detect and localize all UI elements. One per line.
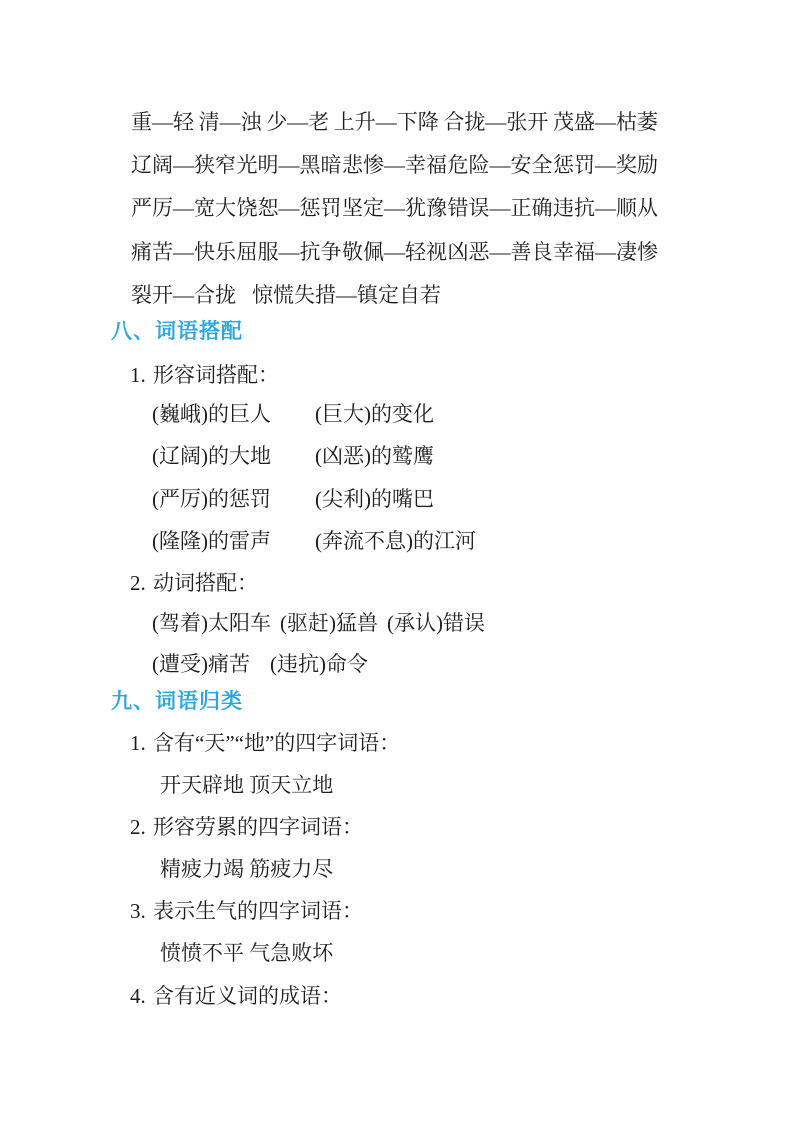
antonym-pair: 清—浊	[199, 110, 262, 134]
collocation-cell: (隆隆)的雷声	[152, 529, 315, 553]
list-item-tian-di-words: 1.含有“天”“地”的四字词语：	[130, 731, 400, 755]
list-item-tired-words: 2.形容劳累的四字词语：	[130, 815, 363, 839]
antonym-pair: 惩罚—奖励	[553, 153, 658, 177]
adjective-collocation-row: (严厉)的惩罚(尖利)的嘴巴	[152, 487, 434, 511]
antonym-pair: 坚定—犹豫	[342, 196, 447, 220]
antonym-line: 裂开—合拢 惊慌失措—镇定自若	[131, 283, 441, 307]
list-item-label: 含有近义词的成语：	[153, 984, 342, 1008]
antonym-line: 严厉—宽大 饶恕—惩罚 坚定—犹豫 错误—正确 违抗—顺从	[131, 196, 658, 220]
collocation-cell: (凶恶)的鹫鹰	[315, 444, 434, 468]
antonym-line: 重—轻 清—浊 少—老 上升—下降 合拢—张开 茂盛—枯萎	[131, 110, 658, 134]
collocation-cell: (巍峨)的巨人	[152, 402, 315, 426]
answer-line: 精疲力竭 筋疲力尽	[160, 857, 333, 881]
list-item-number: 4.	[130, 984, 153, 1008]
answer-line: 愤愤不平 气急败坏	[160, 941, 333, 965]
adjective-collocation-row: (巍峨)的巨人(巨大)的变化	[152, 402, 434, 426]
antonym-pair: 痛苦—快乐	[131, 240, 236, 264]
antonym-pair: 茂盛—枯萎	[553, 110, 658, 134]
list-item-number: 1.	[130, 363, 153, 387]
antonym-pair: 敬佩—轻视	[342, 240, 447, 264]
list-item-label: 形容词搭配：	[153, 363, 279, 387]
collocation-cell: (违抗)命令	[270, 652, 368, 676]
list-item-verb-collocation: 2.动词搭配：	[130, 571, 258, 595]
antonym-line: 痛苦—快乐 屈服—抗争 敬佩—轻视 凶恶—善良 幸福—凄惨	[131, 240, 658, 264]
antonym-pair: 严厉—宽大	[131, 196, 236, 220]
collocation-cell: (辽阔)的大地	[152, 444, 315, 468]
antonym-pair: 惊慌失措—镇定自若	[252, 283, 441, 307]
collocation-cell: (遭受)痛苦	[152, 652, 250, 676]
antonym-pair: 饶恕—惩罚	[237, 196, 342, 220]
antonym-line: 辽阔—狭窄 光明—黑暗 悲惨—幸福 危险—安全 惩罚—奖励	[131, 153, 658, 177]
antonym-pair: 光明—黑暗	[237, 153, 342, 177]
list-item-number: 1.	[130, 731, 153, 755]
adjective-collocation-row: (辽阔)的大地(凶恶)的鹫鹰	[152, 444, 434, 468]
collocation-cell: (奔流不息)的江河	[315, 529, 476, 553]
section-heading-collocation: 八、词语搭配	[111, 320, 243, 344]
list-item-label: 含有“天”“地”的四字词语：	[153, 731, 400, 755]
collocation-cell: (尖利)的嘴巴	[315, 487, 434, 511]
list-item-number: 3.	[130, 899, 153, 923]
list-item-adjective-collocation: 1.形容词搭配：	[130, 363, 279, 387]
list-item-label: 动词搭配：	[153, 571, 258, 595]
collocation-cell: (承认)错误	[387, 611, 485, 635]
adjective-collocation-row: (隆隆)的雷声(奔流不息)的江河	[152, 529, 476, 553]
verb-collocation-row: (驾着)太阳车 (驱赶)猛兽 (承认)错误	[152, 611, 485, 635]
antonym-pair: 上升—下降	[334, 110, 439, 134]
antonym-pair: 少—老	[266, 110, 329, 134]
antonym-pair: 错误—正确	[448, 196, 553, 220]
collocation-cell: (驱赶)猛兽	[280, 611, 378, 635]
answer-line: 开天辟地 顶天立地	[160, 773, 333, 797]
list-item-label: 表示生气的四字词语：	[153, 899, 363, 923]
antonym-pair: 悲惨—幸福	[342, 153, 447, 177]
antonym-pair: 辽阔—狭窄	[131, 153, 236, 177]
document-page: 重—轻 清—浊 少—老 上升—下降 合拢—张开 茂盛—枯萎 辽阔—狭窄 光明—黑…	[0, 0, 793, 1122]
antonym-pair: 凶恶—善良	[448, 240, 553, 264]
antonym-pair: 裂开—合拢	[131, 283, 236, 307]
antonym-pair: 违抗—顺从	[553, 196, 658, 220]
collocation-cell: (驾着)太阳车	[152, 611, 271, 635]
section-heading-classification: 九、词语归类	[111, 690, 243, 714]
antonym-pair: 屈服—抗争	[237, 240, 342, 264]
list-item-label: 形容劳累的四字词语：	[153, 815, 363, 839]
collocation-cell: (巨大)的变化	[315, 402, 434, 426]
list-item-synonym-idioms: 4.含有近义词的成语：	[130, 984, 342, 1008]
list-item-number: 2.	[130, 571, 153, 595]
verb-collocation-row: (遭受)痛苦 (违抗)命令	[152, 652, 368, 676]
list-item-number: 2.	[130, 815, 153, 839]
antonym-pair: 合拢—张开	[443, 110, 548, 134]
antonym-pair: 危险—安全	[448, 153, 553, 177]
list-item-angry-words: 3.表示生气的四字词语：	[130, 899, 363, 923]
collocation-cell: (严厉)的惩罚	[152, 487, 315, 511]
antonym-pair: 重—轻	[131, 110, 194, 134]
antonym-pair: 幸福—凄惨	[553, 240, 658, 264]
